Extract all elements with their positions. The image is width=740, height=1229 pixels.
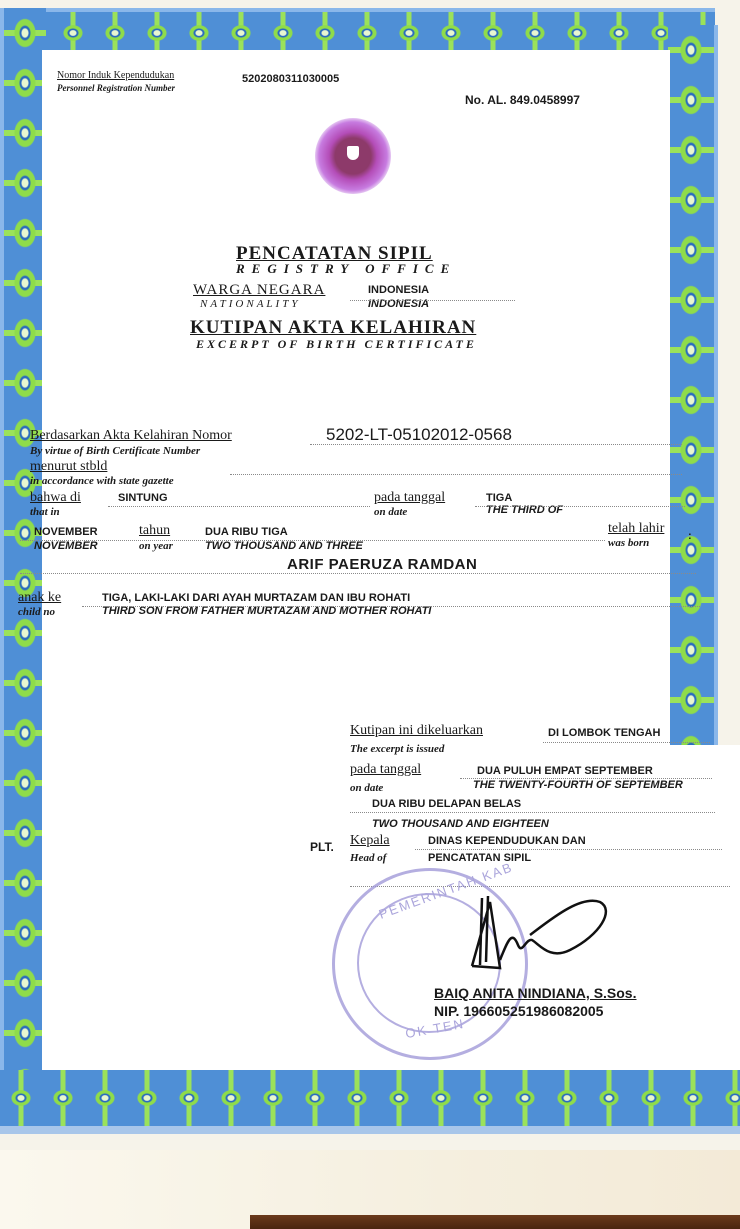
signatory-nip: NIP. 196605251986082005 — [434, 1003, 603, 1019]
border-top — [10, 8, 715, 54]
born-label-en: was born — [608, 537, 649, 549]
serial-number: No. AL. 849.0458997 — [465, 93, 580, 107]
signatory-name: BAIQ ANITA NINDIANA, S.Sos. — [434, 985, 637, 1001]
border-right — [668, 25, 718, 745]
nationality-label-en: NATIONALITY — [200, 298, 300, 310]
issued-year-en: TWO THOUSAND AND EIGHTEEN — [372, 818, 549, 830]
document-title: KUTIPAN AKTA KELAHIRAN — [190, 317, 476, 339]
year-label-en: on year — [139, 540, 173, 552]
issued-date-label-en: on date — [350, 782, 383, 794]
date-value: TIGA — [486, 492, 512, 504]
table-surface — [250, 1215, 740, 1229]
stbld-label-en: in accordance with state gazette — [30, 475, 174, 487]
nik-label-en: Personnel Registration Number — [57, 83, 175, 93]
year-value: DUA RIBU TIGA — [205, 526, 288, 538]
issued-label: Kutipan ini dikeluarkan — [350, 723, 483, 739]
plt-label: PLT. — [310, 840, 334, 854]
head-value-2: PENCATATAN SIPIL — [428, 852, 531, 864]
head-value-1: DINAS KEPENDUDUKAN DAN — [428, 835, 586, 847]
border-bottom — [0, 1070, 740, 1134]
signature-icon — [460, 890, 620, 980]
date-label-en: on date — [374, 506, 407, 518]
issued-place: DI LOMBOK TENGAH — [548, 727, 660, 739]
issued-year: DUA RIBU DELAPAN BELAS — [372, 798, 521, 810]
issued-date-label: pada tanggal — [350, 762, 421, 778]
document-title-en: EXCERPT OF BIRTH CERTIFICATE — [196, 337, 477, 352]
certificate-sheet-extension — [670, 745, 740, 1070]
child-no-label-en: child no — [18, 606, 55, 618]
born-colon: : — [688, 530, 692, 542]
stbld-label: menurut stbld — [30, 459, 107, 475]
head-label: Kepala — [350, 833, 390, 849]
issued-date-en: THE TWENTY-FOURTH OF SEPTEMBER — [473, 779, 683, 791]
garuda-emblem-icon — [315, 118, 391, 194]
nationality-label: WARGA NEGARA — [193, 282, 325, 299]
nationality-value: INDONESIA — [368, 284, 429, 296]
born-label: telah lahir — [608, 521, 664, 537]
nik-label: Nomor Induk Kependudukan — [57, 70, 174, 81]
year-label: tahun — [139, 523, 170, 539]
nik-value: 5202080311030005 — [242, 73, 339, 85]
place-value: SINTUNG — [118, 492, 168, 504]
child-no-value: TIGA, LAKI-LAKI DARI AYAH MURTAZAM DAN I… — [102, 592, 410, 604]
date-label: pada tanggal — [374, 490, 445, 506]
issued-date: DUA PULUH EMPAT SEPTEMBER — [477, 765, 653, 777]
place-label-en: that in — [30, 506, 60, 518]
issued-label-en: The excerpt is issued — [350, 743, 444, 755]
year-value-en: TWO THOUSAND AND THREE — [205, 540, 363, 552]
place-label: bahwa di — [30, 490, 81, 506]
head-label-en: Head of — [350, 852, 386, 864]
month-value: NOVEMBER — [34, 526, 98, 538]
child-name: ARIF PAERUZA RAMDAN — [287, 556, 477, 573]
cert-no-value: 5202-LT-05102012-0568 — [326, 425, 512, 445]
office-title-en: REGISTRY OFFICE — [236, 261, 456, 277]
month-value-en: NOVEMBER — [34, 540, 98, 552]
cert-no-label: Berdasarkan Akta Kelahiran Nomor — [30, 428, 232, 444]
border-left — [0, 8, 46, 1070]
child-no-label: anak ke — [18, 590, 61, 606]
cert-no-label-en: By virtue of Birth Certificate Number — [30, 445, 200, 457]
